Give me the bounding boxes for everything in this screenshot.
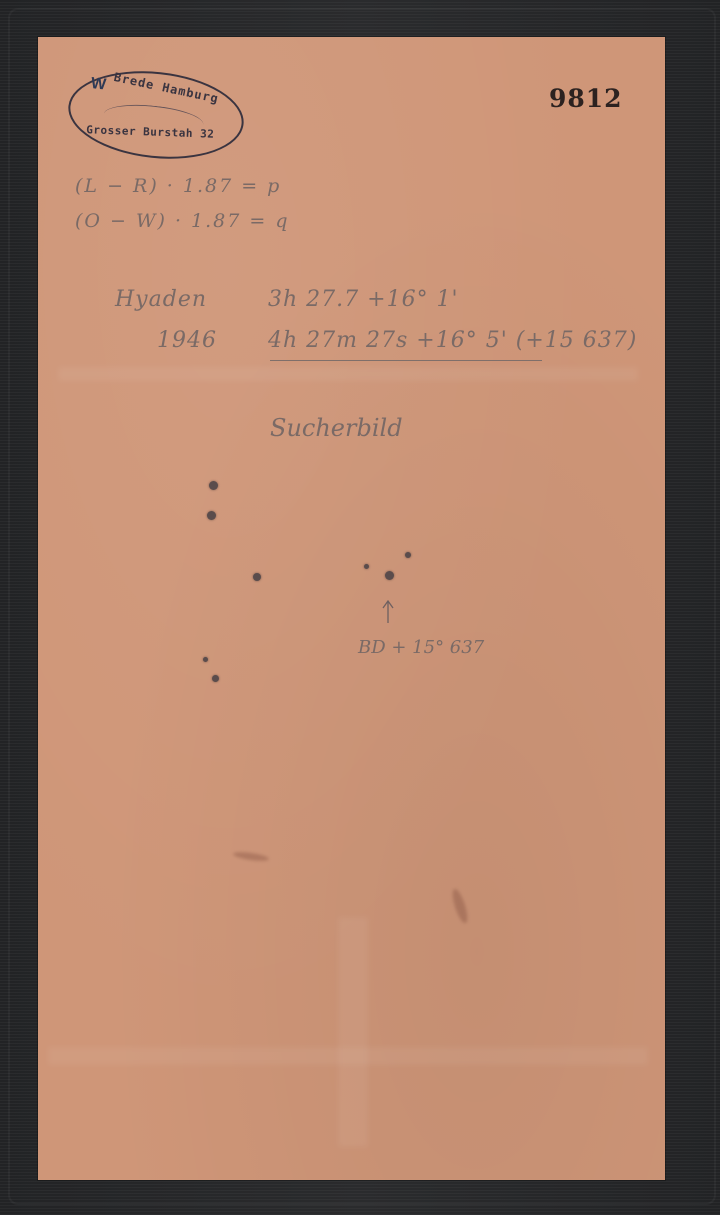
paper-crease <box>338 917 368 1147</box>
star-dot-target <box>385 571 394 580</box>
finder-chart-title: Sucherbild <box>270 414 403 442</box>
stamp-logo-icon: W <box>90 75 107 94</box>
star-dot <box>212 675 219 682</box>
plate-envelope <box>38 37 665 1180</box>
coordinates-line-2: 4h 27m 27s +16° 5' (+15 637) <box>268 328 637 353</box>
star-dot <box>364 564 369 569</box>
star-dot <box>209 481 218 490</box>
coordinates-line-1: 3h 27.7 +16° 1' <box>268 287 459 312</box>
up-arrow-icon <box>382 600 394 624</box>
paper-crease <box>58 367 638 381</box>
star-dot <box>253 573 261 581</box>
plate-number: 9812 <box>549 84 623 113</box>
target-year: 1946 <box>157 328 217 353</box>
star-dot <box>203 657 208 662</box>
star-dot <box>405 552 411 558</box>
formula-p: (L − R) · 1.87 = p <box>75 175 281 197</box>
target-star-label: BD + 15° 637 <box>358 637 484 658</box>
underline-rule <box>270 360 542 361</box>
paper-crease <box>48 1047 648 1065</box>
target-name: Hyaden <box>115 287 207 312</box>
star-dot <box>207 511 216 520</box>
formula-q: (O − W) · 1.87 = q <box>75 210 290 232</box>
